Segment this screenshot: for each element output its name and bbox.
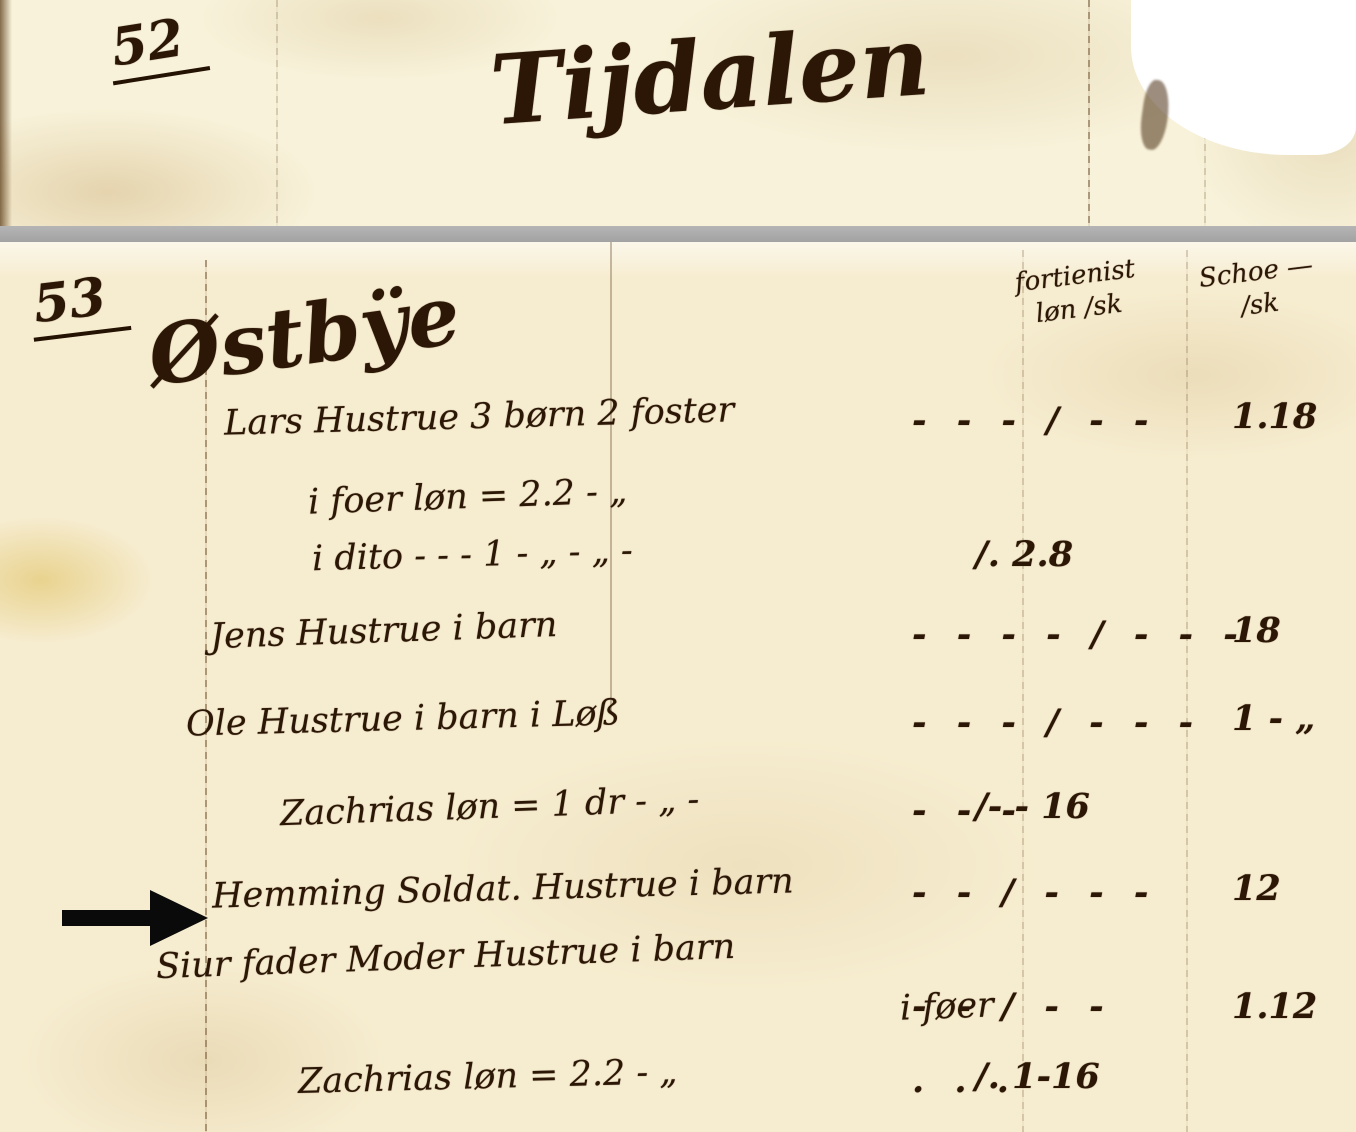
ledger-row-zachrias-loen: Zachrias løn = 1 dr - „ - - - - ∕- - 16	[0, 788, 1356, 860]
row-amount-schoe: 1.12	[1232, 988, 1317, 1027]
arrow-shaft	[62, 910, 152, 926]
row-text: i dito - - - 1 - „ - „ -	[312, 532, 634, 579]
row-amount-schoe: 1 - „	[1232, 700, 1315, 739]
ruled-line	[1088, 0, 1090, 226]
row-amount-lon: ∕- - 16	[975, 788, 1090, 827]
ledger-row-zachrias-loen-2: Zachrias løn = 2.2 - „ . . . ∕. 1-16	[0, 1058, 1356, 1130]
arrow-annotation	[62, 890, 207, 946]
row-text: i foer løn = 2.2 - „	[307, 472, 627, 522]
row-dashes: - - - - ∕ - - -	[912, 616, 1247, 655]
column-header-schoe: Schoe — ∕sk	[1185, 248, 1332, 330]
ledger-row-lars: Lars Hustrue 3 børn 2 foster - - - ∕ - -…	[0, 398, 1356, 470]
ledger-row-jens: Jens Hustrue i barn - - - - ∕ - - - 18	[0, 612, 1356, 684]
ledger-row-ole: Ole Hustrue i barn i Løß - - - ∕ - - - 1…	[0, 700, 1356, 772]
page-52-fragment: 52 Tijdalen	[0, 0, 1356, 226]
page-number-52: 52	[104, 9, 211, 86]
row-text: Hemming Soldat. Hustrue i barn	[212, 862, 795, 916]
scan-edge-shadow	[0, 0, 12, 226]
column-header-lon: fortienist løn ∕sk	[989, 250, 1166, 335]
row-dashes: - - ∕ - -	[912, 988, 1113, 1027]
row-amount-schoe: 12	[1232, 870, 1281, 909]
page-number-53: 53	[27, 268, 132, 342]
ledger-row-siur-fader: Siur fader Moder Hustrue i barn i føer -…	[0, 938, 1356, 1010]
row-dashes: - - ∕ - - -	[912, 874, 1157, 913]
arrow-head-icon	[150, 890, 208, 946]
row-amount-schoe: 1.18	[1232, 398, 1317, 437]
row-amount-lon: ∕. 1-16	[975, 1058, 1100, 1097]
page-title: Tijdalen	[467, 11, 953, 140]
ledger-row-dito: i dito - - - 1 - „ - „ - ∕. 2.8	[0, 536, 1356, 608]
page-53-fragment: 53 Østbÿe fortienist løn ∕sk Schoe — ∕sk…	[0, 242, 1356, 1132]
scanned-ledger-document: 52 Tijdalen 53 Østbÿe fortienist løn ∕sk…	[0, 0, 1356, 1132]
row-text: Jens Hustrue i barn	[209, 606, 558, 657]
row-amount-lon: ∕. 2.8	[975, 536, 1073, 575]
row-text: Lars Hustrue 3 børn 2 foster	[224, 391, 735, 443]
row-text: Zachrias løn = 2.2 - „	[298, 1053, 678, 1101]
row-dashes: - - - ∕ - -	[912, 402, 1157, 441]
row-dashes: - - - ∕ - - -	[912, 704, 1202, 743]
divider-bar	[0, 226, 1356, 242]
row-text: Zachrias løn = 1 dr - „ -	[279, 781, 699, 834]
row-amount-schoe: 18	[1232, 612, 1281, 651]
ruled-line	[276, 0, 278, 226]
farm-heading: Østbÿe	[144, 279, 464, 396]
row-text: Ole Hustrue i barn i Løß	[186, 694, 621, 744]
